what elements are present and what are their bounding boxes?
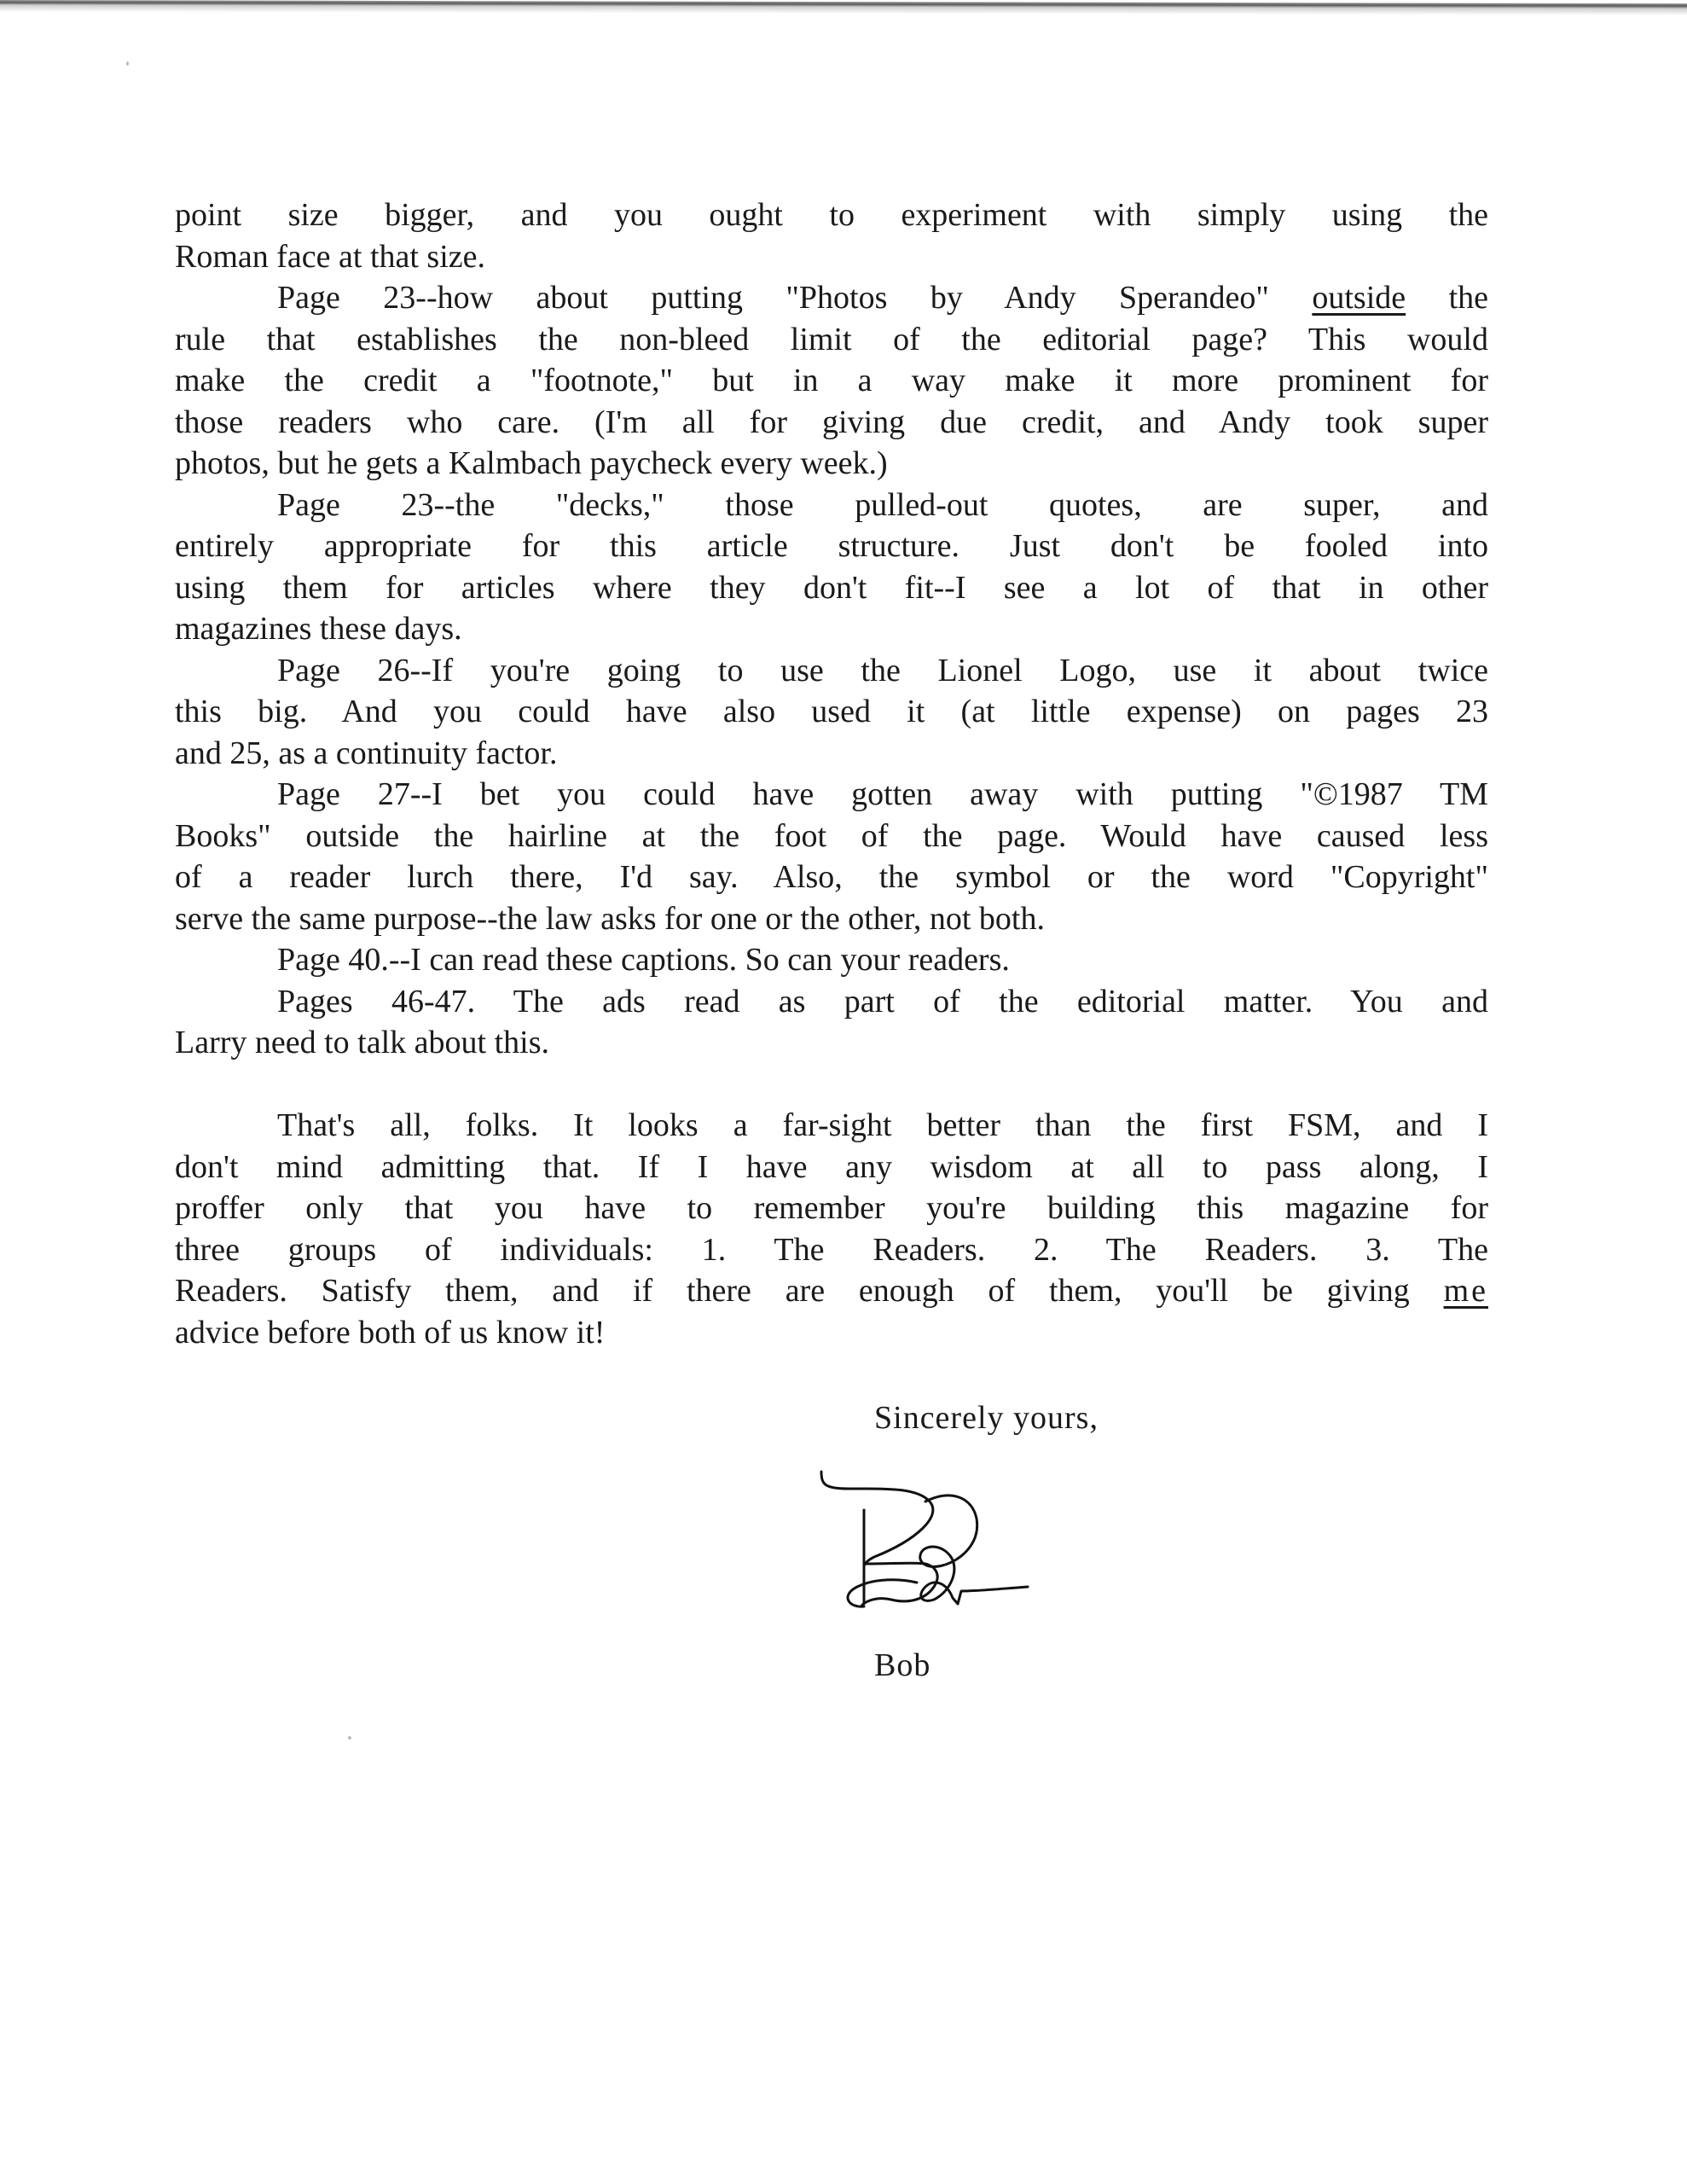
text-line: That's all, folks. It looks a far-sight …: [175, 1105, 1488, 1147]
text-line: Page 23--the "decks," those pulled-out q…: [175, 485, 1488, 526]
text-line: this big. And you could have also used i…: [175, 691, 1488, 733]
underlined-word: me: [1444, 1273, 1488, 1309]
scan-top-edge: [0, 0, 1687, 17]
text-line: serve the same purpose--the law asks for…: [175, 898, 1488, 940]
text-span: Page 23--how about putting "Photos by An…: [277, 280, 1312, 316]
text-line: Roman face at that size.: [175, 236, 1488, 278]
signature-icon: [815, 1455, 1070, 1608]
text-line: Page 27--I bet you could have gotten awa…: [175, 774, 1488, 816]
underlined-word: outside: [1312, 280, 1406, 316]
text-line: three groups of individuals: 1. The Read…: [175, 1229, 1488, 1271]
scan-speck: [126, 61, 129, 66]
text-line: make the credit a "footnote," but in a w…: [175, 360, 1488, 402]
text-line: entirely appropriate for this article st…: [175, 526, 1488, 567]
text-line: Readers. Satisfy them, and if there are …: [175, 1270, 1488, 1312]
text-line: proffer only that you have to remember y…: [175, 1188, 1488, 1229]
text-line: magazines these days.: [175, 608, 1488, 650]
letter-body: point size bigger, and you ought to expe…: [175, 195, 1488, 1353]
text-line: Page 40.--I can read these captions. So …: [175, 939, 1488, 981]
text-line: Books" outside the hairline at the foot …: [175, 816, 1488, 857]
text-line: advice before both of us know it!: [175, 1312, 1488, 1354]
text-line: and 25, as a continuity factor.: [175, 733, 1488, 775]
text-span: Readers. Satisfy them, and if there are …: [175, 1273, 1444, 1309]
signer-name: Bob: [874, 1647, 930, 1684]
scan-speck: [348, 1736, 351, 1740]
text-line: point size bigger, and you ought to expe…: [175, 195, 1488, 236]
text-line: of a reader lurch there, I'd say. Also, …: [175, 857, 1488, 898]
text-line: don't mind admitting that. If I have any…: [175, 1147, 1488, 1188]
text-line: Page 26--If you're going to use the Lion…: [175, 650, 1488, 692]
paragraph-gap: [175, 1064, 1488, 1106]
text-line: those readers who care. (I'm all for giv…: [175, 402, 1488, 444]
text-line: Larry need to talk about this.: [175, 1022, 1488, 1064]
text-line: photos, but he gets a Kalmbach paycheck …: [175, 443, 1488, 485]
text-span: the: [1406, 280, 1488, 316]
text-line: rule that establishes the non-bleed limi…: [175, 319, 1488, 361]
text-line: Page 23--how about putting "Photos by An…: [175, 277, 1488, 319]
text-line: Pages 46-47. The ads read as part of the…: [175, 981, 1488, 1023]
closing: Sincerely yours,: [874, 1399, 1099, 1437]
text-line: using them for articles where they don't…: [175, 567, 1488, 609]
